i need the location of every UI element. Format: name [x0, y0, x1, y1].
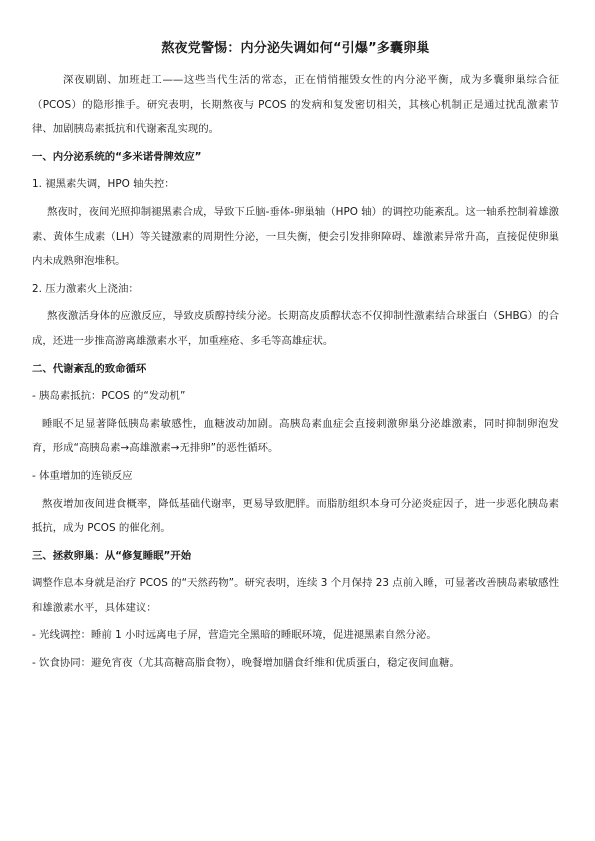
- section-heading: 三、拯救卵巢：从“修复睡眠”开始: [32, 544, 559, 569]
- body-paragraph: 熬夜激活身体的应激反应，导致皮质醇持续分泌。长期高皮质醇状态不仅抑制性激素结合球…: [32, 304, 559, 353]
- body-paragraph: 熬夜增加夜间进食概率，降低基础代谢率，更易导致肥胖。而脂肪组织本身可分泌炎症因子…: [32, 492, 559, 541]
- body-paragraph: 调整作息本身就是治疗 PCOS 的“天然药物”。研究表明，连续 3 个月保持 2…: [32, 571, 559, 620]
- section-heading: 一、内分泌系统的“多米诺骨牌效应”: [32, 145, 559, 170]
- section-1: 一、内分泌系统的“多米诺骨牌效应” 1. 褪黑素失调，HPO 轴失控： 熬夜时，…: [32, 145, 559, 354]
- section-2: 二、代谢紊乱的致命循环 - 胰岛素抵抗：PCOS 的“发动机” 睡眠不足显著降低…: [32, 357, 559, 541]
- body-paragraph: 睡眠不足显著降低胰岛素敏感性，血糖波动加剧。高胰岛素血症会直接刺激卵巢分泌雄激素…: [32, 412, 559, 461]
- section-heading: 二、代谢紊乱的致命循环: [32, 357, 559, 382]
- subheading: - 胰岛素抵抗：PCOS 的“发动机”: [32, 384, 559, 409]
- subheading: - 体重增加的连锁反应: [32, 464, 559, 489]
- tip-item: - 光线调控：睡前 1 小时远离电子屏，营造完全黑暗的睡眠环境，促进褪黑素自然分…: [32, 623, 559, 648]
- intro-paragraph: 深夜刷剧、加班赶工——这些当代生活的常态，正在悄悄摧毁女性的内分泌平衡，成为多囊…: [32, 68, 559, 142]
- document-title: 熬夜党警惕：内分泌失调如何“引爆”多囊卵巢: [32, 40, 559, 58]
- subheading: 2. 压力激素火上浇油：: [32, 277, 559, 302]
- tip-item: - 饮食协同：避免宵夜（尤其高糖高脂食物），晚餐增加膳食纤维和优质蛋白，稳定夜间…: [32, 651, 559, 676]
- subheading: 1. 褪黑素失调，HPO 轴失控：: [32, 172, 559, 197]
- body-paragraph: 熬夜时，夜间光照抑制褪黑素合成，导致下丘脑-垂体-卵巢轴（HPO 轴）的调控功能…: [32, 200, 559, 274]
- section-3: 三、拯救卵巢：从“修复睡眠”开始 调整作息本身就是治疗 PCOS 的“天然药物”…: [32, 544, 559, 676]
- document-page: 熬夜党警惕：内分泌失调如何“引爆”多囊卵巢 深夜刷剧、加班赶工——这些当代生活的…: [32, 40, 559, 679]
